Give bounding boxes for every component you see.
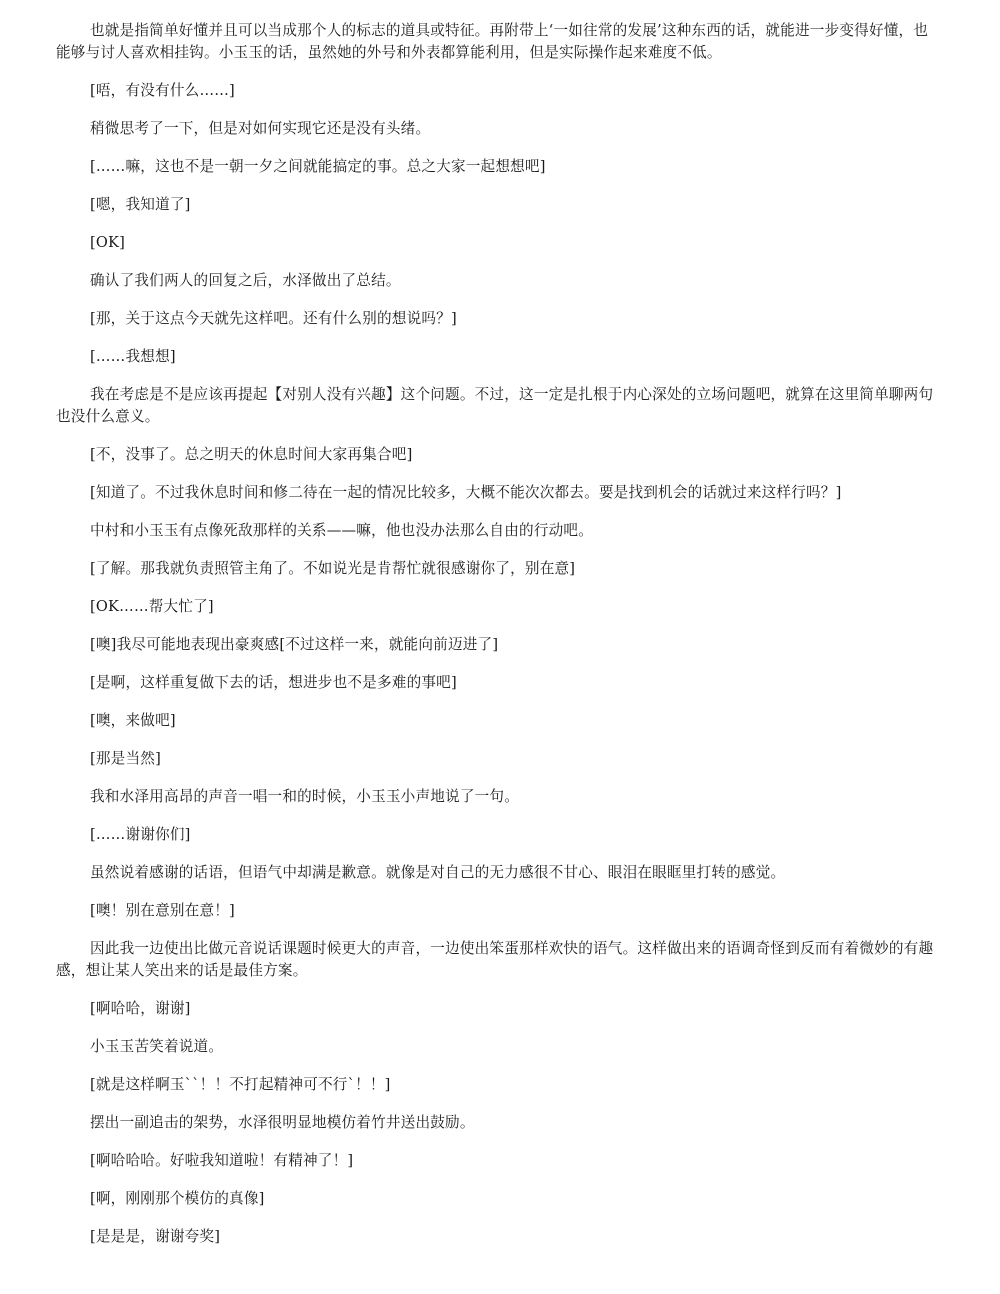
paragraph: 中村和小玉玉有点像死敌那样的关系——嘛，他也没办法那么自由的行动吧。: [56, 520, 940, 542]
dialogue-line: [啊，刚刚那个模仿的真像]: [56, 1188, 940, 1210]
paragraph: 我在考虑是不是应该再提起【对别人没有兴趣】这个问题。不过，这一定是扎根于内心深处…: [56, 384, 940, 428]
dialogue-line: [OK……帮大忙了]: [56, 596, 940, 618]
dialogue-line: [……谢谢你们]: [56, 824, 940, 846]
dialogue-line: [啊哈哈哈。好啦我知道啦！有精神了！]: [56, 1150, 940, 1172]
dialogue-line: [啊哈哈，谢谢]: [56, 998, 940, 1020]
paragraph: 也就是指简单好懂并且可以当成那个人的标志的道具或特征。再附带上‘一如往常的发展’…: [56, 20, 940, 64]
dialogue-line: [知道了。不过我休息时间和修二待在一起的情况比较多，大概不能次次都去。要是找到机…: [56, 482, 940, 504]
dialogue-line: [那，关于这点今天就先这样吧。还有什么别的想说吗？]: [56, 308, 940, 330]
dialogue-line: [是是是，谢谢夸奖]: [56, 1226, 940, 1248]
paragraph: 虽然说着感谢的话语，但语气中却满是歉意。就像是对自己的无力感很不甘心、眼泪在眼眶…: [56, 862, 940, 884]
dialogue-line: [就是这样啊玉``！！不打起精神可不行`！！]: [56, 1074, 940, 1096]
dialogue-line: [不，没事了。总之明天的休息时间大家再集合吧]: [56, 444, 940, 466]
paragraph: 因此我一边使出比做元音说话课题时候更大的声音，一边使出笨蛋那样欢快的语气。这样做…: [56, 938, 940, 982]
dialogue-line: [嗯，我知道了]: [56, 194, 940, 216]
dialogue-line: [了解。那我就负责照管主角了。不如说光是肯帮忙就很感谢你了，别在意]: [56, 558, 940, 580]
dialogue-line: [……嘛，这也不是一朝一夕之间就能搞定的事。总之大家一起想想吧]: [56, 156, 940, 178]
dialogue-line: [……我想想]: [56, 346, 940, 368]
paragraph: 小玉玉苦笑着说道。: [56, 1036, 940, 1058]
dialogue-line: [OK]: [56, 232, 940, 254]
paragraph: 我和水泽用高昂的声音一唱一和的时候，小玉玉小声地说了一句。: [56, 786, 940, 808]
dialogue-line: [噢，来做吧]: [56, 710, 940, 732]
dialogue-line: [噢！别在意别在意！]: [56, 900, 940, 922]
paragraph: 确认了我们两人的回复之后，水泽做出了总结。: [56, 270, 940, 292]
dialogue-line: [那是当然]: [56, 748, 940, 770]
paragraph: 稍微思考了一下，但是对如何实现它还是没有头绪。: [56, 118, 940, 140]
document-page: 也就是指简单好懂并且可以当成那个人的标志的道具或特征。再附带上‘一如往常的发展’…: [56, 20, 940, 1264]
dialogue-line: [是啊，这样重复做下去的话，想进步也不是多难的事吧]: [56, 672, 940, 694]
dialogue-line: [噢]我尽可能地表现出豪爽感[不过这样一来，就能向前迈进了]: [56, 634, 940, 656]
dialogue-line: [唔，有没有什么……]: [56, 80, 940, 102]
paragraph: 摆出一副追击的架势，水泽很明显地模仿着竹井送出鼓励。: [56, 1112, 940, 1134]
